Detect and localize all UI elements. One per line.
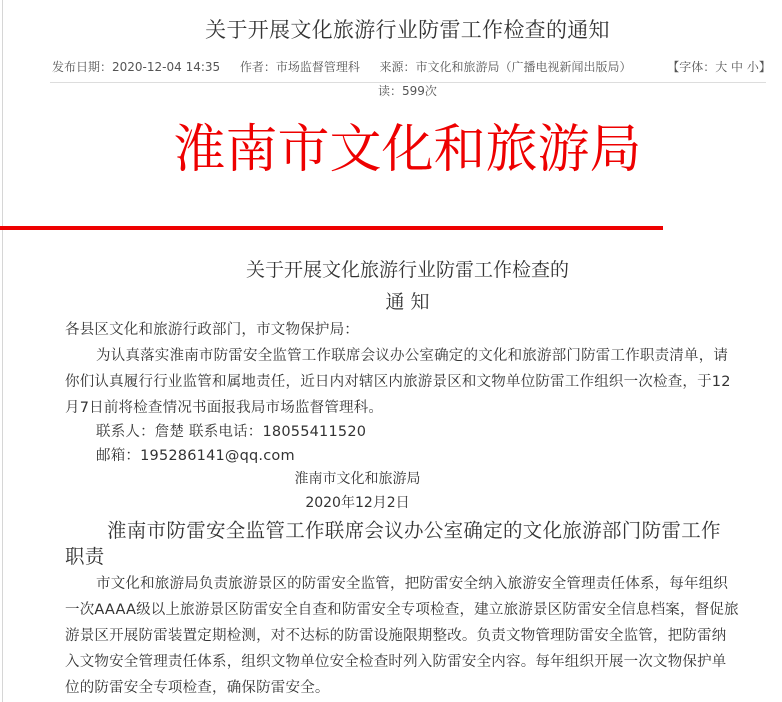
font-size-small-link[interactable]: 小: [747, 58, 759, 75]
read-label-cont: 读：: [378, 84, 402, 98]
responsibilities-heading-line1: 淮南市防雷安全监管工作联席会议办公室确定的文化旅游部门防雷工作: [107, 515, 721, 543]
read-count: 599次: [402, 84, 437, 98]
font-size-label-open: 【字体：: [667, 58, 715, 75]
notice-salutation: 各县区文化和旅游行政部门，市文物保护局：: [65, 318, 755, 339]
notice-body-line: 月7日前将检查情况书面报我局市场监督管理科。: [65, 396, 755, 417]
article-meta: 发布日期：2020-12-04 14:35 作者：市场监督管理科 来源：市文化和…: [52, 58, 772, 75]
letterhead-org-name: 淮南市文化和旅游局: [0, 114, 782, 186]
article-title: 关于开展文化旅游行业防雷工作检查的通知: [0, 14, 782, 44]
notice-email: 邮箱：195286141@qq.com: [96, 444, 782, 465]
read-count-row: 读：599次: [378, 82, 437, 99]
notice-title-line2: 通 知: [0, 287, 782, 314]
author: 市场监督管理科: [276, 58, 360, 75]
notice-body-line: 你们认真履行行业监管和属地责任，近日内对辖区内旅游景区和文物单位防雷工作组织一次…: [65, 370, 755, 391]
responsibilities-body-line: 一次AAAA级以上旅游景区防雷安全自查和防雷安全专项检查，建立旅游景区防雷安全信…: [65, 598, 755, 619]
signature-date: 2020年12月2日: [0, 492, 715, 512]
page-left-border: [2, 0, 3, 702]
signature-org: 淮南市文化和旅游局: [0, 468, 715, 488]
publish-date: 2020-12-04 14:35: [112, 60, 220, 74]
responsibilities-body-line: 游景区开展防雷装置定期检测，对不达标的防雷设施限期整改。负责文物管理防雷安全监管…: [65, 624, 755, 645]
responsibilities-body-line: 入文物安全管理责任体系，组织文物单位安全检查时列入防雷安全内容。每年组织开展一次…: [65, 650, 755, 671]
notice-title-line1: 关于开展文化旅游行业防雷工作检查的: [0, 255, 782, 282]
publish-date-label: 发布日期：: [52, 58, 112, 75]
font-size-label-close: 】: [759, 58, 771, 75]
responsibilities-body-line: 位的防雷安全专项检查，确保防雷安全。: [65, 676, 755, 697]
responsibilities-body-line: 市文化和旅游局负责旅游景区的防雷安全监管，把防雷安全纳入旅游安全管理责任体系，每…: [96, 572, 782, 593]
font-size-large-link[interactable]: 大: [715, 58, 727, 75]
font-size-medium-link[interactable]: 中: [731, 58, 743, 75]
source-label: 来源：: [380, 58, 416, 75]
letterhead-red-rule: [0, 226, 663, 230]
responsibilities-heading-line2: 职责: [65, 541, 105, 569]
notice-contact: 联系人：詹楚 联系电话：18055411520: [96, 420, 782, 441]
source: 市文化和旅游局（广播电视新闻出版局）: [416, 58, 632, 75]
author-label: 作者：: [240, 58, 276, 75]
notice-body-line: 为认真落实淮南市防雷安全监管工作联席会议办公室确定的文化和旅游部门防雷工作职责清…: [96, 344, 782, 365]
